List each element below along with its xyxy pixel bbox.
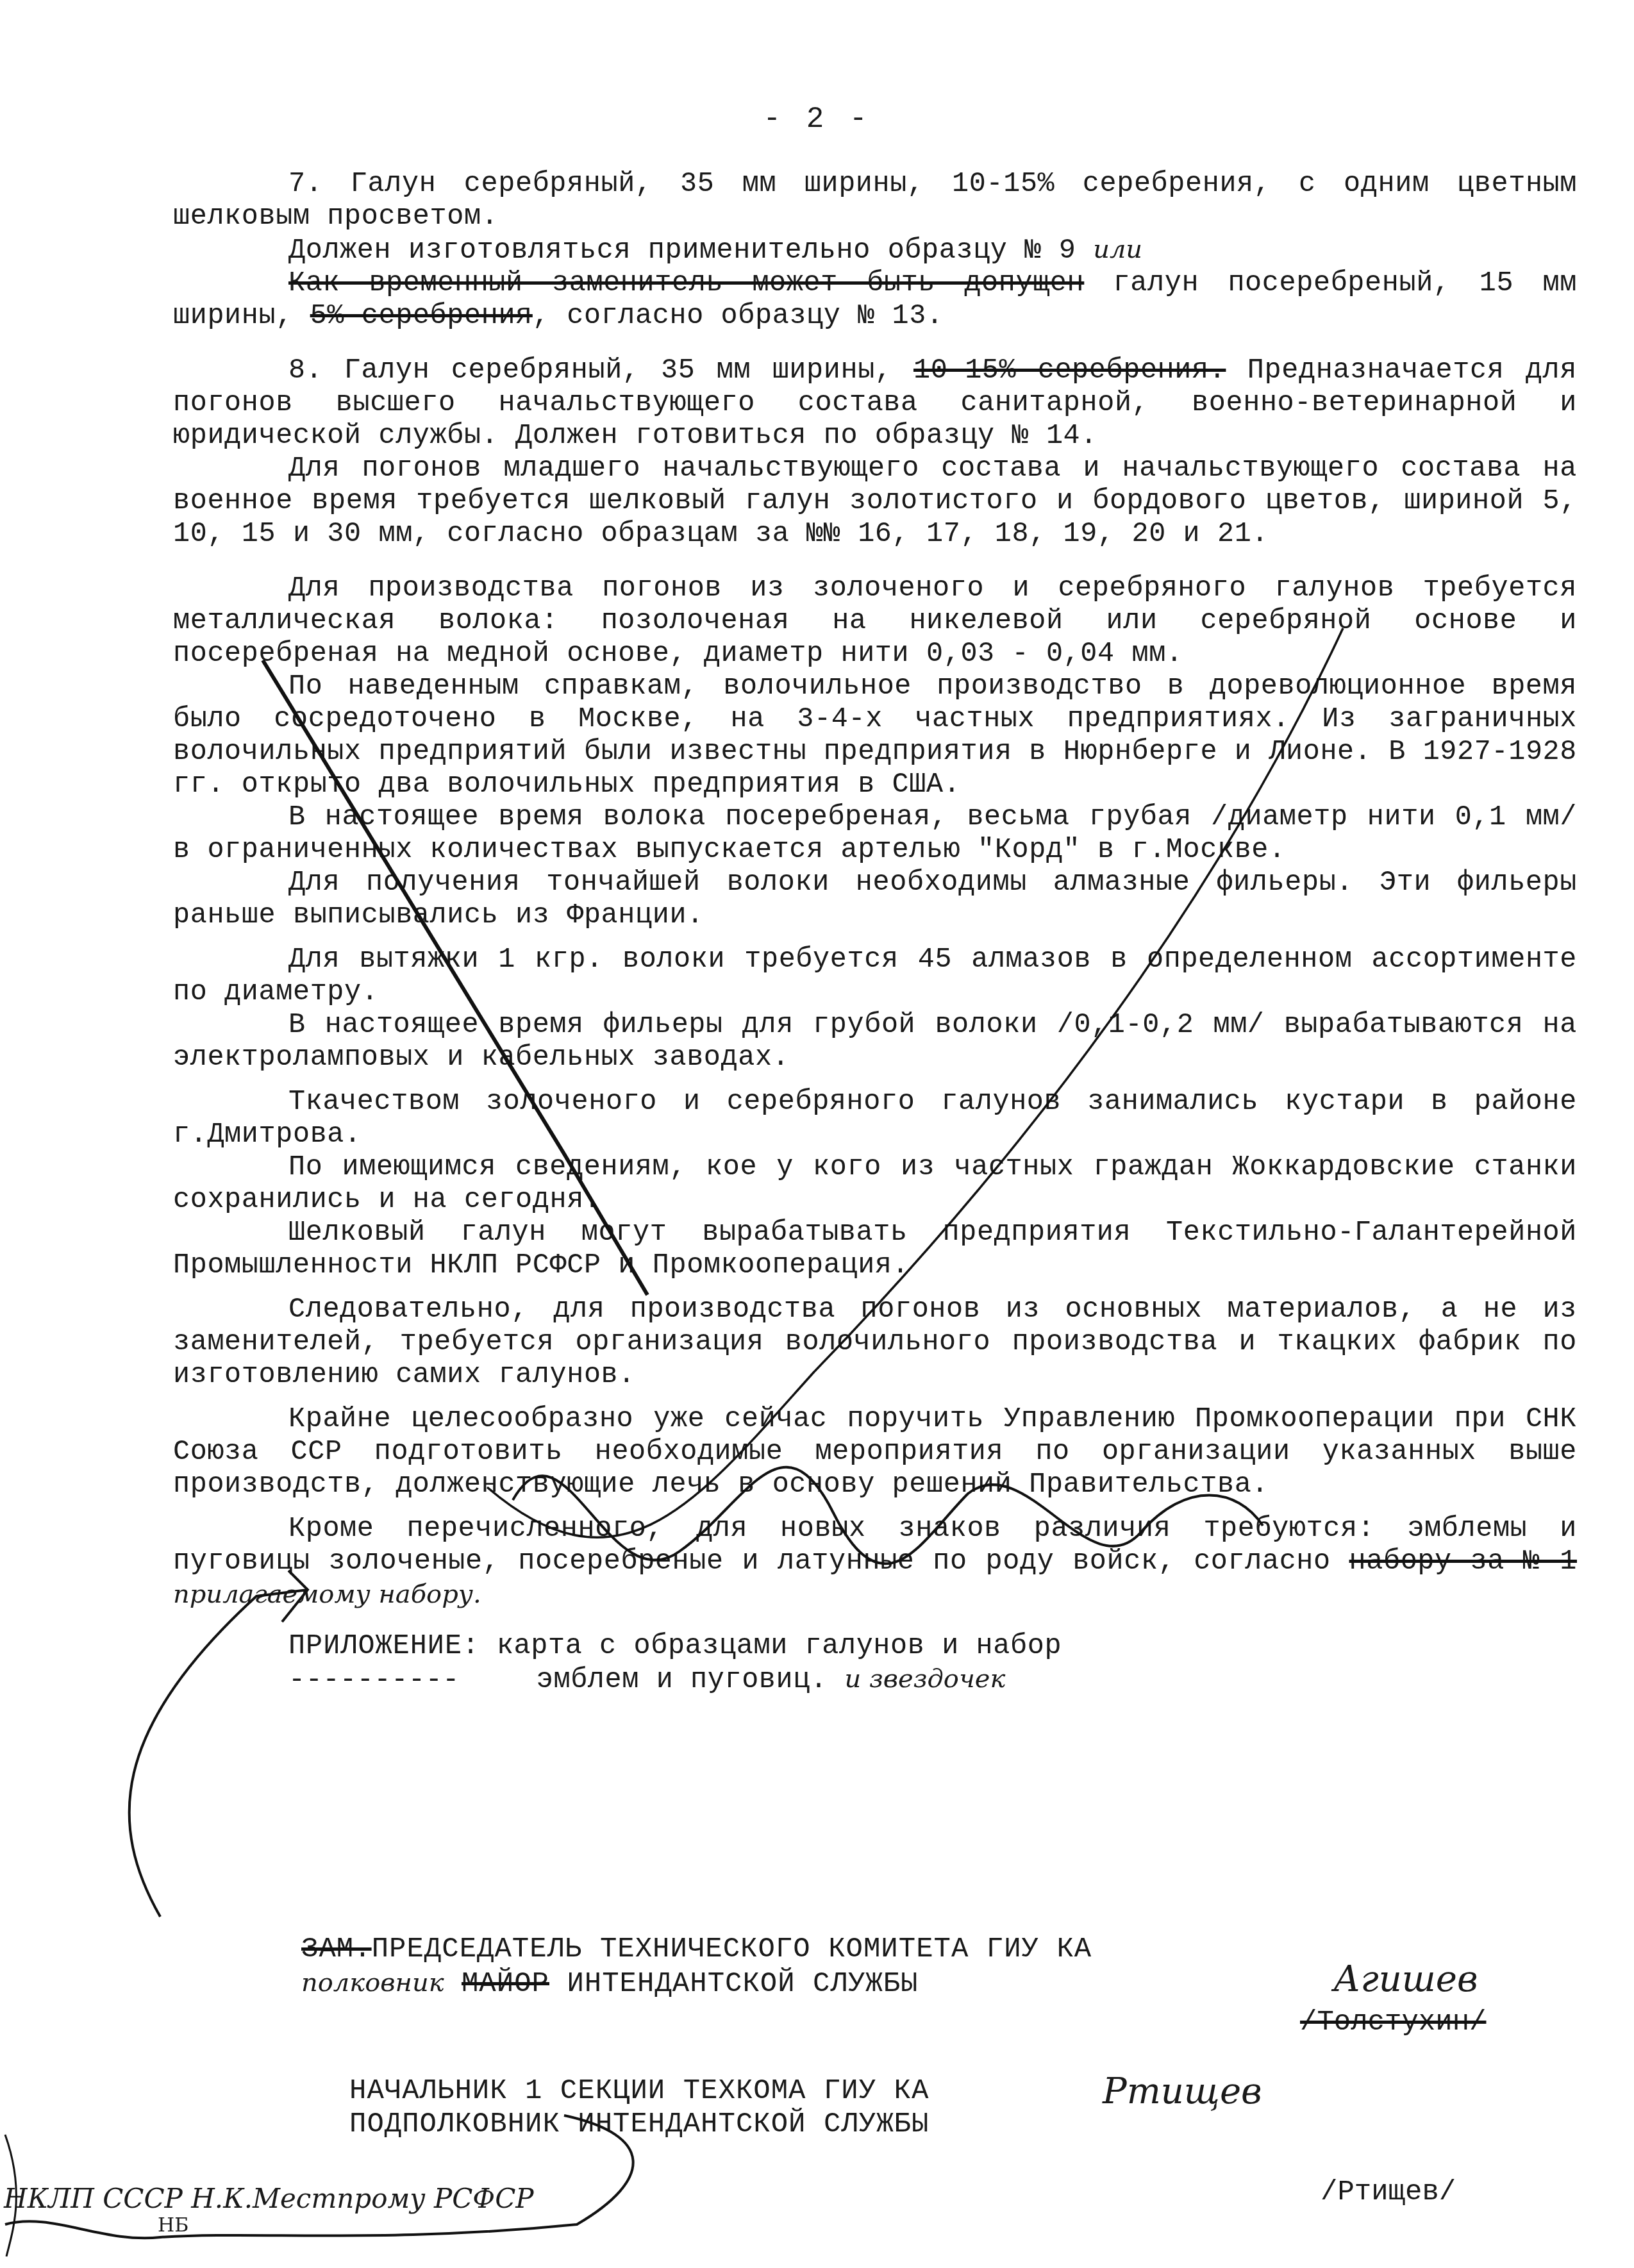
paragraph-7-sample: Должен изготовляться применительно образ… xyxy=(173,233,1577,267)
paragraph-jacquard: По имеющимся сведениям, кое у кого из ча… xyxy=(173,1151,1577,1217)
appendix-label: ПРИЛОЖЕНИЕ: xyxy=(288,1631,479,1662)
paragraph-7: 7. Галун серебряный, 35 мм ширины, 10-15… xyxy=(173,168,1577,233)
paragraph-emblems: Кроме перечисленного, для новых знаков р… xyxy=(173,1513,1577,1612)
paragraph-history: По наведенным справкам, волочильное прои… xyxy=(173,671,1577,801)
paragraph-dies: Для получения тончайшей волоки необходим… xyxy=(173,867,1577,932)
handwritten-insertion: полковник xyxy=(301,1968,444,1997)
paragraph-8: 8. Галун серебряный, 35 мм ширины, 10-15… xyxy=(173,354,1577,453)
paragraph-silk: Шелковый галун могут вырабатывать предпр… xyxy=(173,1217,1577,1282)
paragraph-diamonds: Для вытяжки 1 кгр. волоки требуется 45 а… xyxy=(173,944,1577,1009)
underline-dashes: ---------- xyxy=(288,1664,519,1697)
appendix-line-1: карта с образцами галунов и набор xyxy=(497,1631,1062,1662)
struck-text: ЗАМ. xyxy=(301,1933,372,1965)
paragraph-weaving: Ткачеством золоченого и серебряного галу… xyxy=(173,1086,1577,1151)
appendix-line-2: эмблем и пуговиц. xyxy=(537,1665,828,1696)
handwritten-signature: Ртищев xyxy=(1103,2071,1262,2112)
signature-block-chairman: ЗАМ.ПРЕДСЕДАТЕЛЬ ТЕХНИЧЕСКОГО КОМИТЕТА Г… xyxy=(301,1933,1092,2001)
appendix: ПРИЛОЖЕНИЕ: карта с образцами галунов и … xyxy=(173,1630,1577,1697)
paragraph-7-substitute: Как временный заменитель может быть допу… xyxy=(173,267,1577,333)
struck-text: МАЙОР xyxy=(462,1968,549,2000)
paragraph-current-wire: В настоящее время волока посеребреная, в… xyxy=(173,801,1577,867)
handwritten-insertion: или xyxy=(1093,235,1142,264)
signer-title: НАЧАЛЬНИК 1 СЕКЦИИ ТЕХКОМА ГИУ КА xyxy=(349,2074,929,2108)
signature-block-section-head: НАЧАЛЬНИК 1 СЕКЦИИ ТЕХКОМА ГИУ КА ПОДПОЛ… xyxy=(349,2074,929,2141)
document-body: 7. Галун серебряный, 35 мм ширины, 10-15… xyxy=(173,168,1577,1697)
typist-initials: НБ xyxy=(158,2214,534,2237)
struck-text: набору за № 1 xyxy=(1349,1546,1577,1578)
handwritten-signature: Агишев xyxy=(1333,1958,1478,2000)
signer-name-struck: /Толстухин/ xyxy=(1300,2006,1486,2039)
struck-text: 10-15% серебрения. xyxy=(913,355,1226,387)
handwritten-insertion: и звездочек xyxy=(844,1664,1005,1694)
signer-title: ПРЕДСЕДАТЕЛЬ ТЕХНИЧЕСКОГО КОМИТЕТА ГИУ К… xyxy=(372,1933,1092,1965)
paragraph-junior-staff: Для погонов младшего начальствующего сос… xyxy=(173,453,1577,551)
signer-rank: ИНТЕНДАНТСКОЙ СЛУЖБЫ xyxy=(567,1968,918,2000)
document-page: - 2 - 7. Галун серебряный, 35 мм ширины,… xyxy=(0,0,1634,2268)
paragraph-proposal: Крайне целесообразно уже сейчас поручить… xyxy=(173,1403,1577,1501)
margin-note: НКЛП СССР Н.К.Местпрому РСФСР НБ xyxy=(4,2183,534,2237)
struck-text: Как временный заменитель может быть допу… xyxy=(288,268,1084,299)
paragraph-coarse-dies: В настоящее время фильеры для грубой вол… xyxy=(173,1009,1577,1074)
struck-text: 5% серебрения xyxy=(310,301,533,332)
paragraph-conclusion: Следовательно, для производства погонов … xyxy=(173,1294,1577,1392)
page-number: - 2 - xyxy=(0,103,1634,136)
handwritten-insertion: прилагаемому набору. xyxy=(173,1580,481,1609)
signer-rank: ПОДПОЛКОВНИК ИНТЕНДАНТСКОЙ СЛУЖБЫ xyxy=(349,2108,929,2141)
signer-name: /Ртищев/ xyxy=(1321,2176,1456,2208)
paragraph-wire: Для производства погонов из золоченого и… xyxy=(173,572,1577,671)
